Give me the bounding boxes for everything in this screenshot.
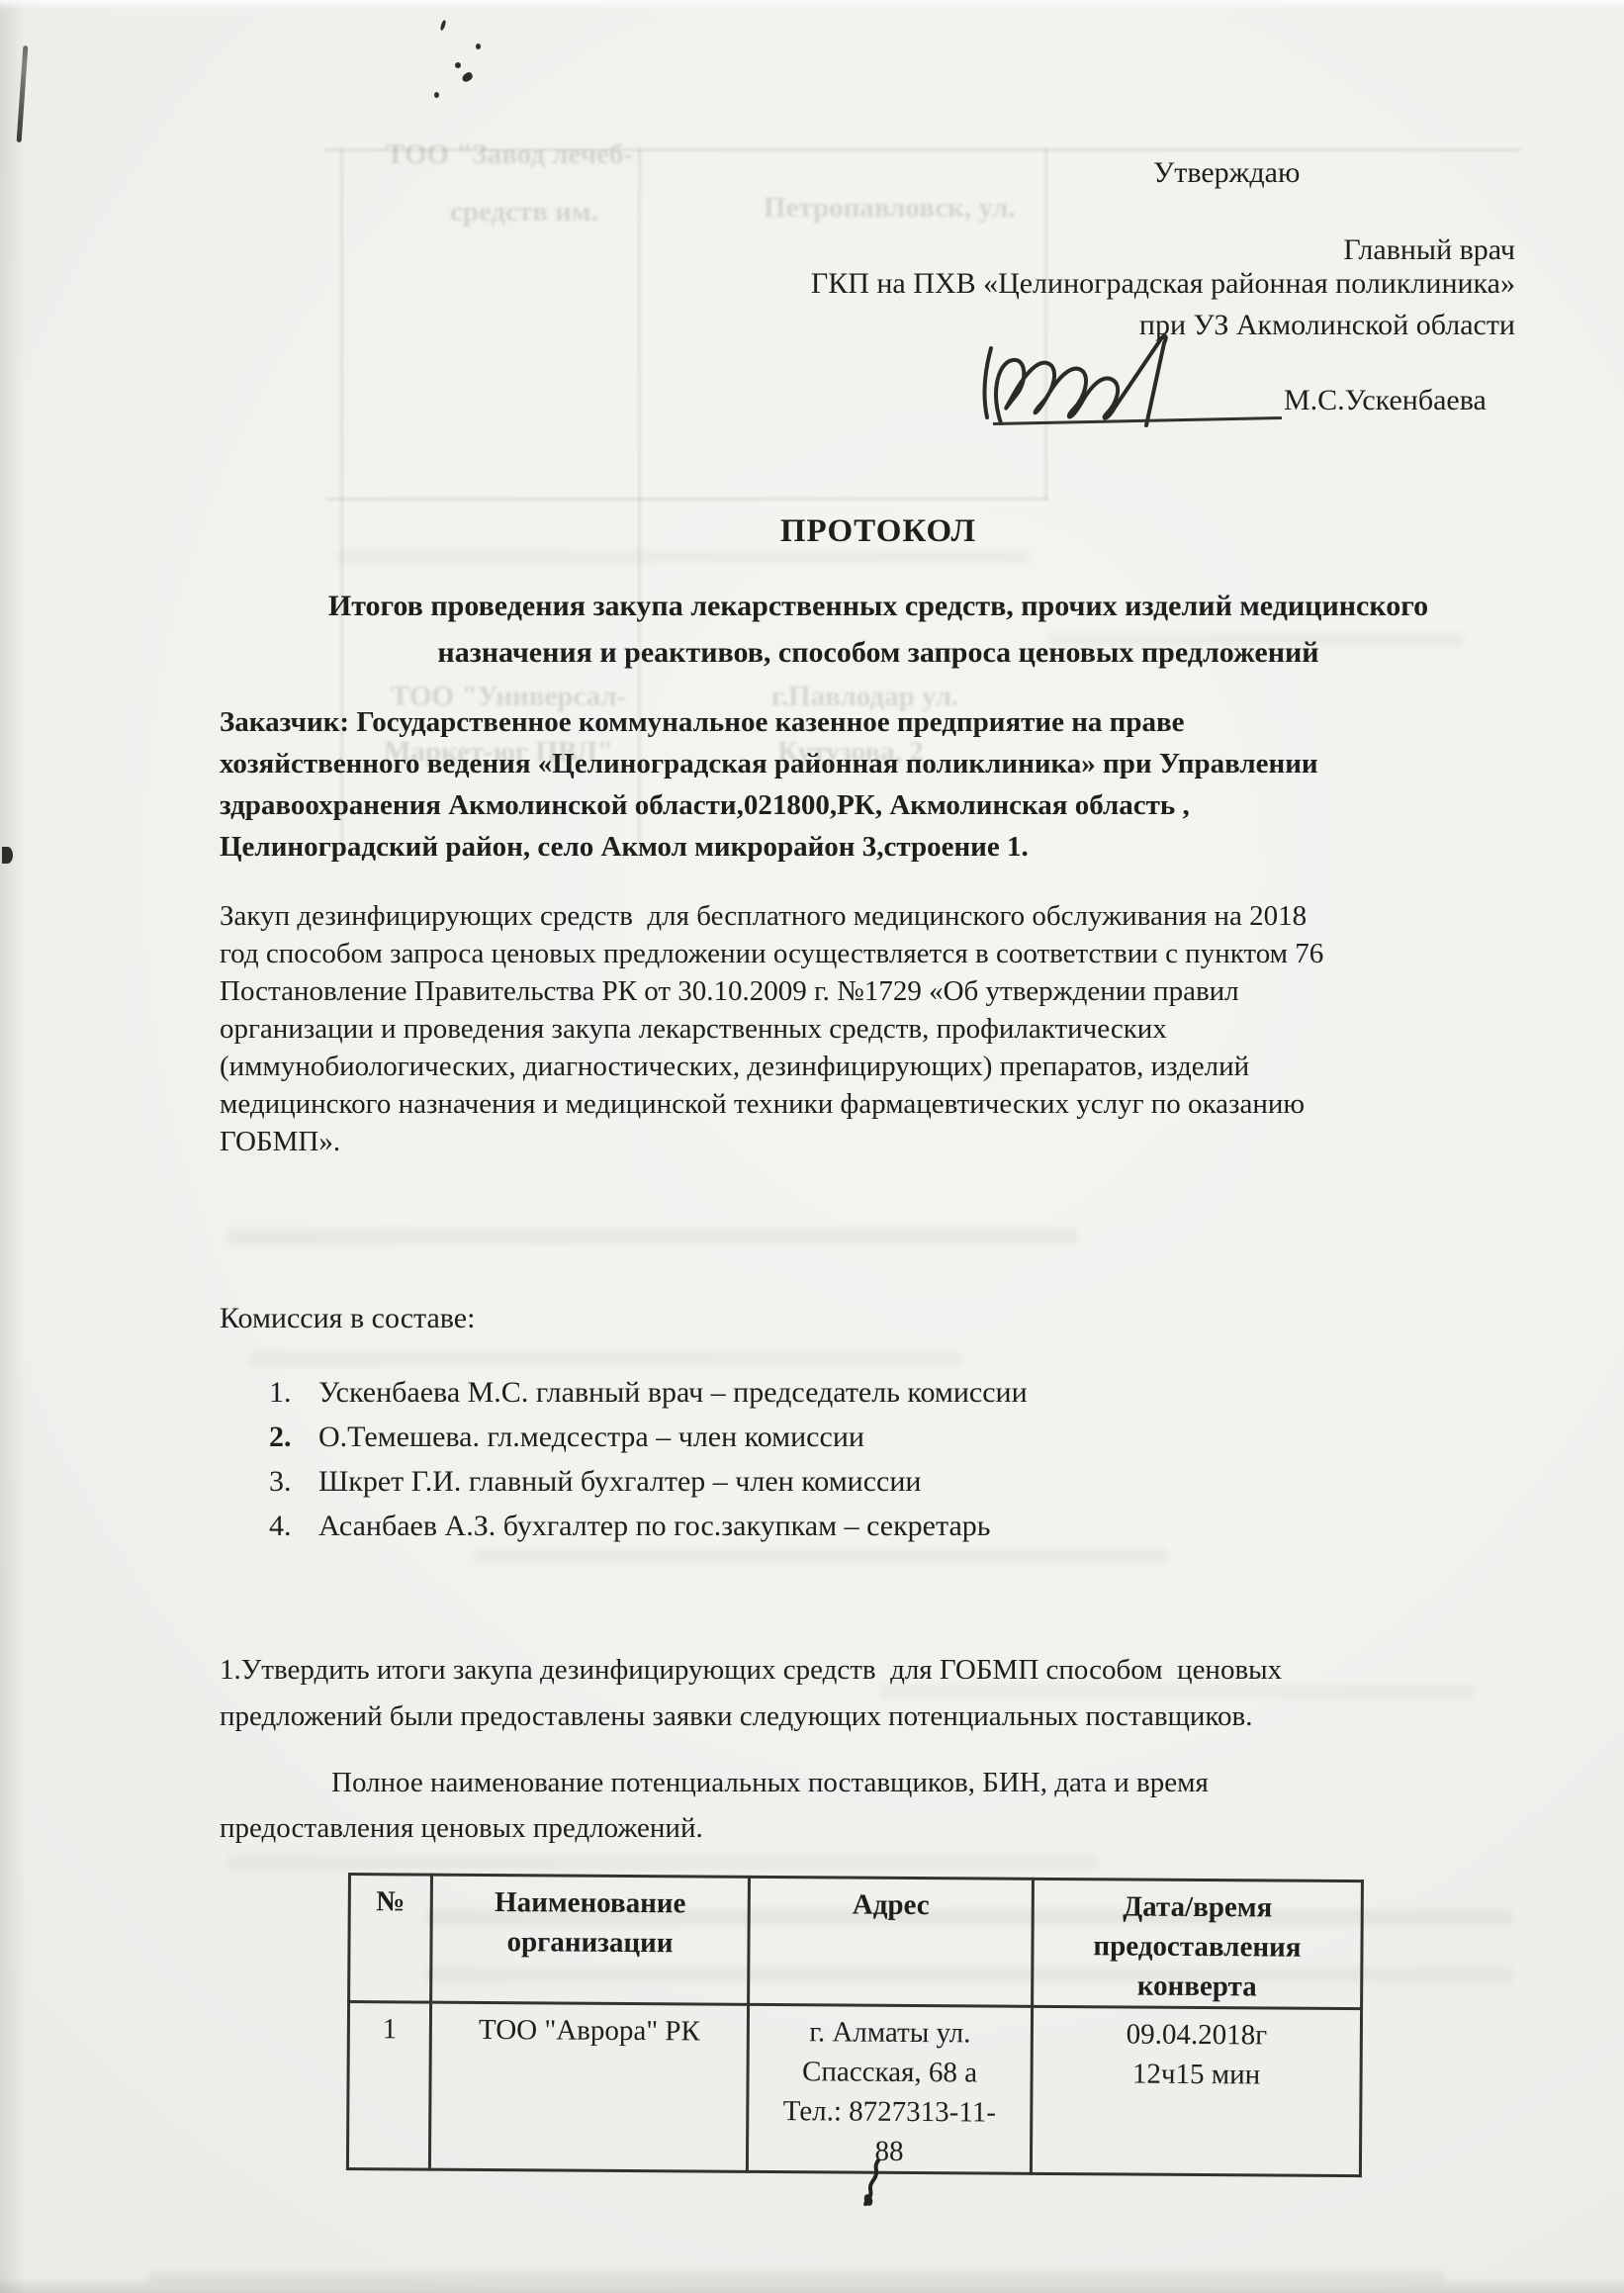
address-line: 88 bbox=[755, 2131, 1024, 2172]
paragraph-line: Заказчик: Государственное коммунальное к… bbox=[220, 706, 1535, 748]
bleedthrough-smudge bbox=[249, 1351, 961, 1366]
column-header-number: № bbox=[349, 1875, 432, 2003]
column-header-address: Адрес bbox=[749, 1877, 1034, 2006]
datetime-line: 09.04.2018г bbox=[1039, 2014, 1354, 2056]
ink-speck bbox=[476, 44, 481, 49]
paragraph-line: Постановление Правительства РК от 30.10.… bbox=[220, 975, 1535, 1013]
ink-speck bbox=[455, 62, 461, 68]
member-number: 1. bbox=[269, 1376, 309, 1410]
cell-address: г. Алматы ул. Спасская, 68 а Тел.: 87273… bbox=[747, 2004, 1032, 2173]
suppliers-intro: Полное наименование потенциальных постав… bbox=[220, 1767, 1535, 1858]
paragraph-line: хозяйственного ведения «Целиноградская р… bbox=[220, 748, 1535, 789]
paragraph-line: предоставления ценовых предложений. bbox=[220, 1812, 1535, 1858]
member-number: 2. bbox=[269, 1421, 309, 1454]
approver-position: Главный врач bbox=[0, 233, 1515, 267]
bleedthrough-smudge bbox=[475, 1549, 1167, 1563]
bleedthrough-text: ТОО "Завод лечеб- bbox=[386, 138, 633, 171]
bleedthrough-text: средств им. bbox=[450, 196, 598, 229]
scanned-protocol-document: ТОО "Завод лечеб- средств им. Петропавло… bbox=[0, 0, 1624, 2293]
approval-word: Утверждаю bbox=[1153, 156, 1300, 190]
approver-department: при УЗ Акмолинской области bbox=[0, 309, 1515, 342]
member-number: 4. bbox=[269, 1510, 309, 1543]
ink-speck bbox=[434, 92, 439, 98]
document-subtitle: назначения и реактивов, способом запроса… bbox=[235, 636, 1521, 670]
paper-edge-shadow-left bbox=[0, 0, 26, 2293]
decision-paragraph: 1.Утвердить итоги закупа дезинфицирующих… bbox=[220, 1654, 1535, 1747]
address-line: г. Алматы ул. bbox=[756, 2012, 1025, 2054]
cell-organization: ТОО "Аврора" РК bbox=[429, 2002, 748, 2171]
bleedthrough-smudge bbox=[148, 2271, 1444, 2284]
suppliers-table: № Наименование организации Адрес Дата/вр… bbox=[346, 1873, 1364, 2177]
ink-speck bbox=[461, 71, 475, 84]
address-line: Спасская, 68 а bbox=[755, 2052, 1024, 2093]
paragraph-line: организации и проведения закупа лекарств… bbox=[220, 1013, 1535, 1051]
member-number: 3. bbox=[269, 1465, 309, 1499]
approver-organization: ГКП на ПХВ «Целиноградская районная поли… bbox=[0, 267, 1515, 301]
paragraph-line: (иммунобиологических, диагностических, д… bbox=[220, 1051, 1535, 1088]
bleedthrough-smudge bbox=[227, 1229, 1078, 1244]
table-row: 1 ТОО "Аврора" РК г. Алматы ул. Спасская… bbox=[347, 2002, 1361, 2176]
signer-name: М.С.Ускенбаева bbox=[1284, 384, 1487, 417]
document-title: ПРОТОКОЛ bbox=[235, 513, 1521, 550]
paragraph-line: медицинского назначения и медицинской те… bbox=[220, 1088, 1535, 1126]
ink-squiggle bbox=[858, 2158, 888, 2208]
bleedthrough-text: Петропавловск, ул. bbox=[764, 192, 1016, 225]
paragraph-line: 1.Утвердить итоги закупа дезинфицирующих… bbox=[220, 1654, 1535, 1700]
member-text: Асанбаев А.З. бухгалтер по гос.закупкам … bbox=[318, 1510, 990, 1543]
commission-heading: Комиссия в составе: bbox=[220, 1302, 475, 1335]
datetime-line: 12ч15 мин bbox=[1038, 2054, 1353, 2095]
paper-edge-highlight-top bbox=[0, 0, 1624, 10]
paragraph-line: год способом запроса ценовых предложении… bbox=[220, 938, 1535, 975]
ink-speck bbox=[439, 20, 446, 32]
customer-paragraph: Заказчик: Государственное коммунальное к… bbox=[220, 706, 1535, 872]
address-line: Тел.: 8727313-11- bbox=[755, 2091, 1024, 2133]
member-text: О.Темешева. гл.медсестра – член комиссии bbox=[318, 1421, 864, 1454]
column-header-organization: Наименование организации bbox=[431, 1875, 750, 2004]
column-header-datetime: Дата/время предоставления конверта bbox=[1033, 1879, 1363, 2008]
ink-speck bbox=[2, 847, 13, 864]
paragraph-line: ГОБМП». bbox=[220, 1126, 1535, 1163]
purchase-paragraph: Закуп дезинфицирующих средств для беспла… bbox=[220, 900, 1535, 1163]
member-text: Ускенбаева М.С. главный врач – председат… bbox=[318, 1376, 1028, 1410]
paragraph-line: предложений были предоставлены заявки сл… bbox=[220, 1700, 1535, 1747]
table-header-row: № Наименование организации Адрес Дата/вр… bbox=[349, 1875, 1363, 2009]
cell-number: 1 bbox=[347, 2002, 430, 2170]
bleedthrough-table-line bbox=[326, 498, 1048, 501]
cell-datetime: 09.04.2018г 12ч15 мин bbox=[1031, 2006, 1361, 2175]
paragraph-line: здравоохранения Акмолинской области,0218… bbox=[220, 789, 1535, 831]
paragraph-line: Закуп дезинфицирующих средств для беспла… bbox=[220, 900, 1535, 938]
document-subtitle: Итогов проведения закупа лекарственных с… bbox=[235, 590, 1521, 623]
paragraph-line: Полное наименование потенциальных постав… bbox=[220, 1767, 1535, 1812]
bleedthrough-smudge bbox=[227, 1856, 1098, 1870]
paragraph-line: Целиноградский район, село Акмол микрора… bbox=[220, 831, 1535, 872]
bleedthrough-smudge bbox=[336, 550, 1029, 563]
member-text: Шкрет Г.И. главный бухгалтер – член коми… bbox=[318, 1465, 921, 1499]
